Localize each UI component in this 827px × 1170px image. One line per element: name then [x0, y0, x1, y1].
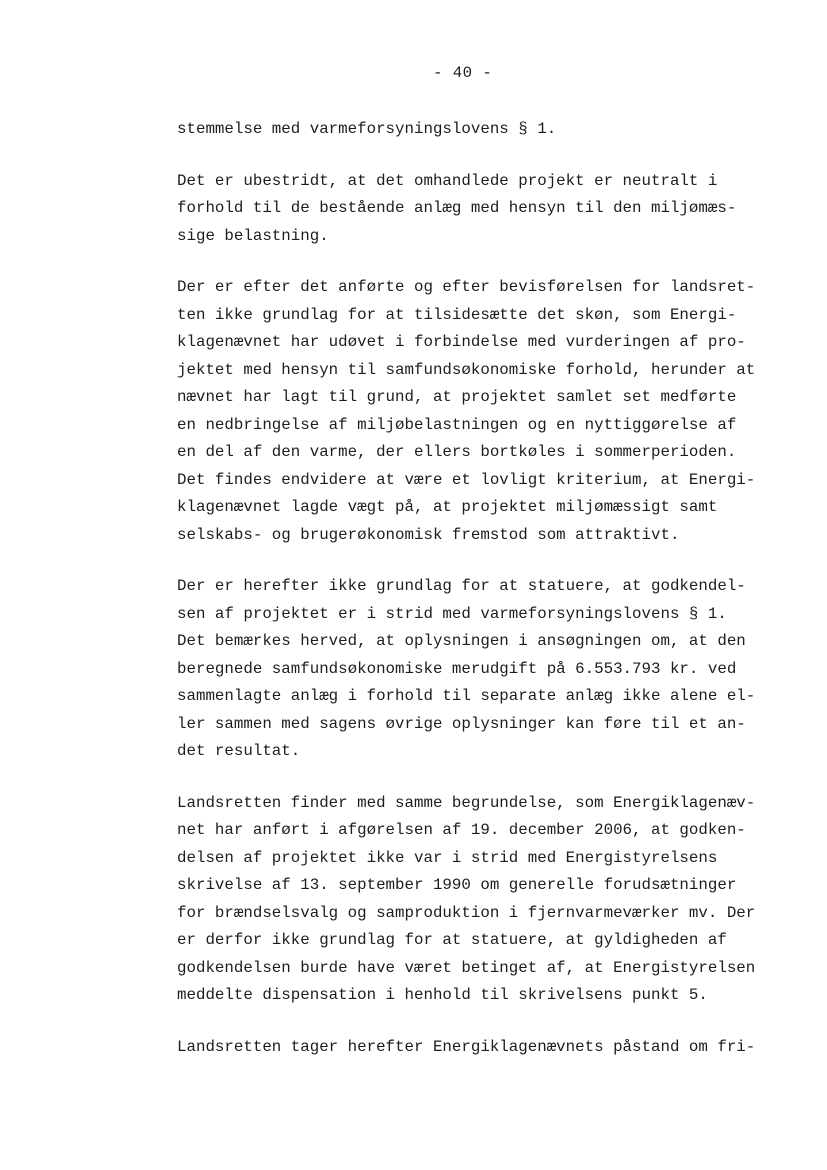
paragraph: Der er herefter ikke grundlag for at sta…	[177, 573, 777, 766]
document-body: stemmelse med varmeforsyningslovens § 1.…	[177, 116, 777, 1085]
paragraph: Det er ubestridt, at det omhandlede proj…	[177, 168, 777, 251]
paragraph: Landsretten finder med samme begrundelse…	[177, 790, 777, 1010]
paragraph: stemmelse med varmeforsyningslovens § 1.	[177, 116, 777, 144]
document-page: - 40 - stemmelse med varmeforsyningslove…	[0, 0, 827, 1170]
page-number: - 40 -	[433, 60, 492, 88]
paragraph: Der er efter det anførte og efter bevisf…	[177, 274, 777, 549]
paragraph: Landsretten tager herefter Energiklagenæ…	[177, 1034, 777, 1062]
